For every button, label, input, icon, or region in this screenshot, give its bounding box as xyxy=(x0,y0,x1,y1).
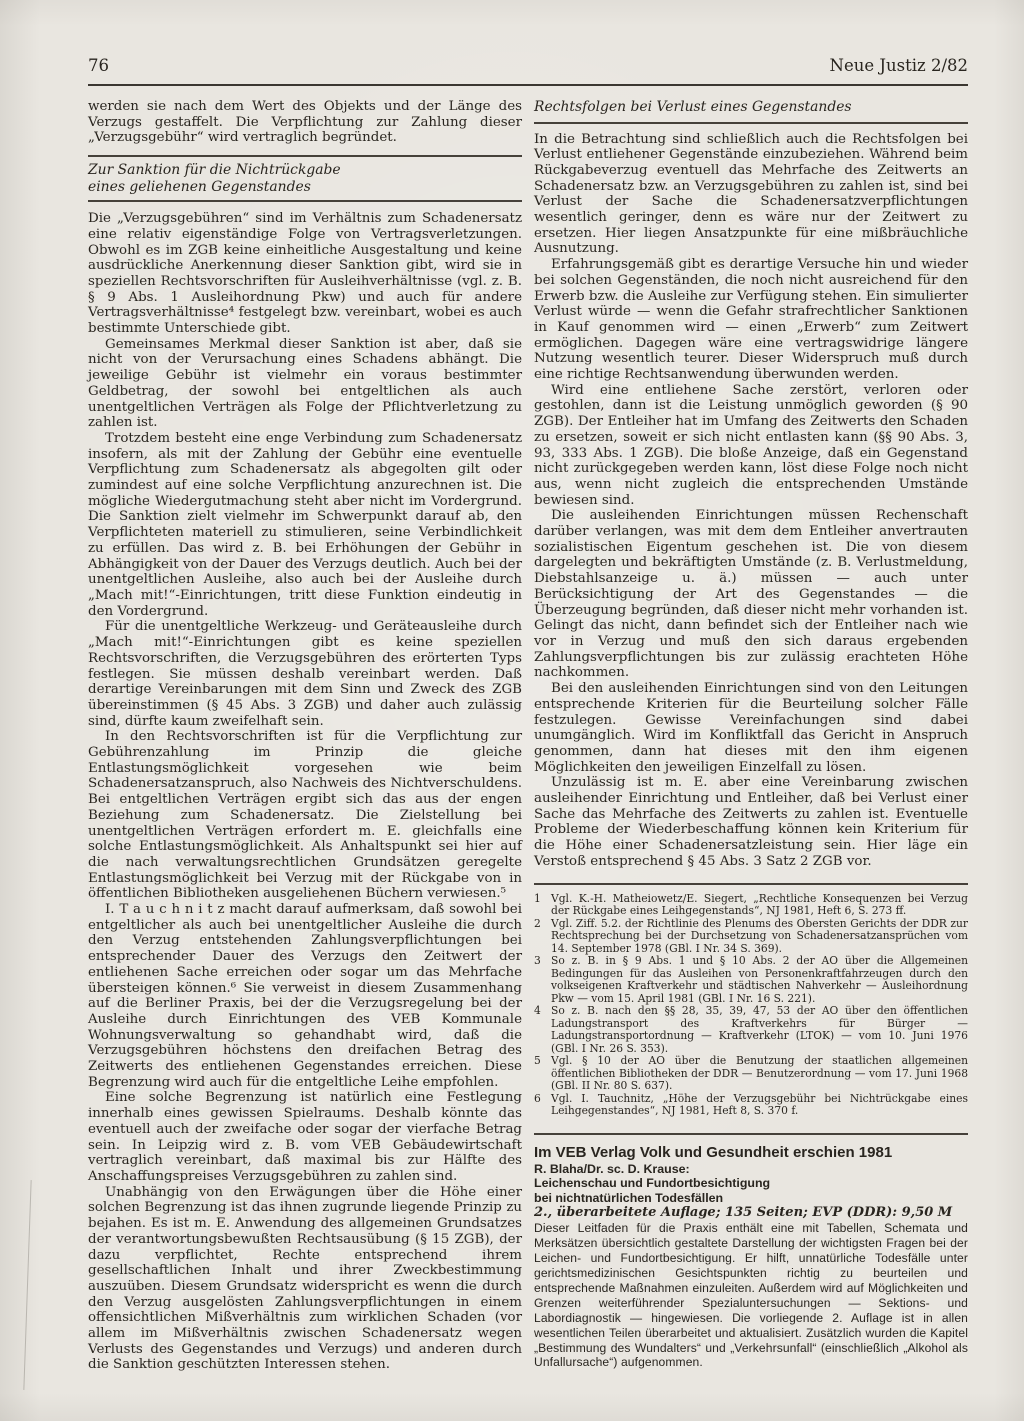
footnote: 5 Vgl. § 10 der AO über die Benutzung de… xyxy=(534,1055,968,1093)
footnotes: 1 Vgl. K.-H. Matheiowetz/E. Siegert, „Re… xyxy=(534,893,968,1118)
footnote-number: 2 xyxy=(534,918,551,956)
footnote-number: 3 xyxy=(534,955,551,1005)
footnote-text: So z. B. nach den §§ 28, 35, 39, 47, 53 … xyxy=(551,1005,968,1055)
page-header: 76 Neue Justiz 2/82 xyxy=(88,56,968,75)
left-section-heading: Zur Sanktion für die Nichtrückgabe eines… xyxy=(88,155,522,202)
footnote: 2 Vgl. Ziff. 5.2. der Richtlinie des Ple… xyxy=(534,918,968,956)
paragraph: Trotzdem besteht eine enge Verbindung zu… xyxy=(88,431,522,619)
paragraph: Eine solche Begrenzung ist natürlich ein… xyxy=(88,1090,522,1184)
header-rule xyxy=(88,84,968,86)
right-section-heading: Rechtsfolgen bei Verlust eines Gegenstan… xyxy=(534,99,968,124)
section-heading-line: Zur Sanktion für die Nichtrückgabe xyxy=(88,162,522,179)
section-heading-line: eines geliehenen Gegenstandes xyxy=(88,179,522,196)
heading-rule-bottom xyxy=(534,122,968,124)
paragraph: In die Betrachtung sind schließlich auch… xyxy=(534,132,968,258)
advert-publisher-line: Im VEB Verlag Volk und Gesundheit erschi… xyxy=(534,1144,968,1162)
advert-body: Dieser Leitfaden für die Praxis enthält … xyxy=(534,1221,968,1370)
intro-paragraph: werden sie nach dem Wert des Objekts und… xyxy=(88,99,522,146)
footnote-number: 6 xyxy=(534,1093,551,1118)
paragraph: Für die unentgeltliche Werkzeug- und Ger… xyxy=(88,619,522,729)
footnote-text: Vgl. Ziff. 5.2. der Richtlinie des Plenu… xyxy=(551,918,968,956)
advert-divider-rule xyxy=(534,1133,968,1135)
footnote-number: 1 xyxy=(534,893,551,918)
paragraph: Gemeinsames Merkmal dieser Sanktion ist … xyxy=(88,337,522,431)
footnote: 1 Vgl. K.-H. Matheiowetz/E. Siegert, „Re… xyxy=(534,893,968,918)
paragraph: In den Rechtsvorschriften ist für die Ve… xyxy=(88,729,522,902)
advert-title-line: bei nichtnatürlichen Todesfällen xyxy=(534,1191,968,1206)
scanned-journal-page: { "page_header": { "page_number": "76", … xyxy=(0,0,1024,1421)
paragraph: Unzulässig ist m. E. aber eine Vereinbar… xyxy=(534,775,968,869)
right-column: Rechtsfolgen bei Verlust eines Gegenstan… xyxy=(534,99,968,1370)
paragraph: Unabhängig von den Erwägungen über die H… xyxy=(88,1185,522,1373)
scan-artifact xyxy=(23,1180,31,1390)
heading-rule-top xyxy=(88,155,522,157)
paragraph: Erfahrungsgemäß gibt es derartige Versuc… xyxy=(534,257,968,383)
heading-rule-bottom xyxy=(88,200,522,202)
footnote: 3 So z. B. in § 9 Abs. 1 und § 10 Abs. 2… xyxy=(534,955,968,1005)
advert-authors: R. Blaha/Dr. sc. D. Krause: xyxy=(534,1162,968,1177)
footnote-text: Vgl. I. Tauchnitz, „Höhe der Verzugsgebü… xyxy=(551,1093,968,1118)
footnote-number: 5 xyxy=(534,1055,551,1093)
publisher-advert: Im VEB Verlag Volk und Gesundheit erschi… xyxy=(534,1144,968,1371)
footnote: 6 Vgl. I. Tauchnitz, „Höhe der Verzugsge… xyxy=(534,1093,968,1118)
footnote: 4 So z. B. nach den §§ 28, 35, 39, 47, 5… xyxy=(534,1005,968,1055)
journal-title: Neue Justiz 2/82 xyxy=(830,56,968,75)
footnote-divider-rule xyxy=(534,883,968,885)
left-column: werden sie nach dem Wert des Objekts und… xyxy=(88,99,522,1373)
footnote-text: Vgl. § 10 der AO über die Benutzung der … xyxy=(551,1055,968,1093)
advert-title-line: Leichenschau und Fundortbesichtigung xyxy=(534,1176,968,1191)
paragraph: Die ausleihenden Einrichtungen müssen Re… xyxy=(534,508,968,681)
page-number: 76 xyxy=(88,56,109,75)
paragraph: Die „Verzugsgebühren“ sind im Verhältnis… xyxy=(88,211,522,337)
advert-edition-line: 2., überarbeitete Auflage; 135 Seiten; E… xyxy=(534,1205,968,1221)
paragraph: Wird eine entliehene Sache zerstört, ver… xyxy=(534,383,968,509)
footnote-text: Vgl. K.-H. Matheiowetz/E. Siegert, „Rech… xyxy=(551,893,968,918)
paragraph: I. T a u c h n i t z macht darauf aufmer… xyxy=(88,902,522,1090)
paragraph: Bei den ausleihenden Einrichtungen sind … xyxy=(534,681,968,775)
footnote-text: So z. B. in § 9 Abs. 1 und § 10 Abs. 2 d… xyxy=(551,955,968,1005)
footnote-number: 4 xyxy=(534,1005,551,1055)
section-heading-line: Rechtsfolgen bei Verlust eines Gegenstan… xyxy=(534,99,968,116)
